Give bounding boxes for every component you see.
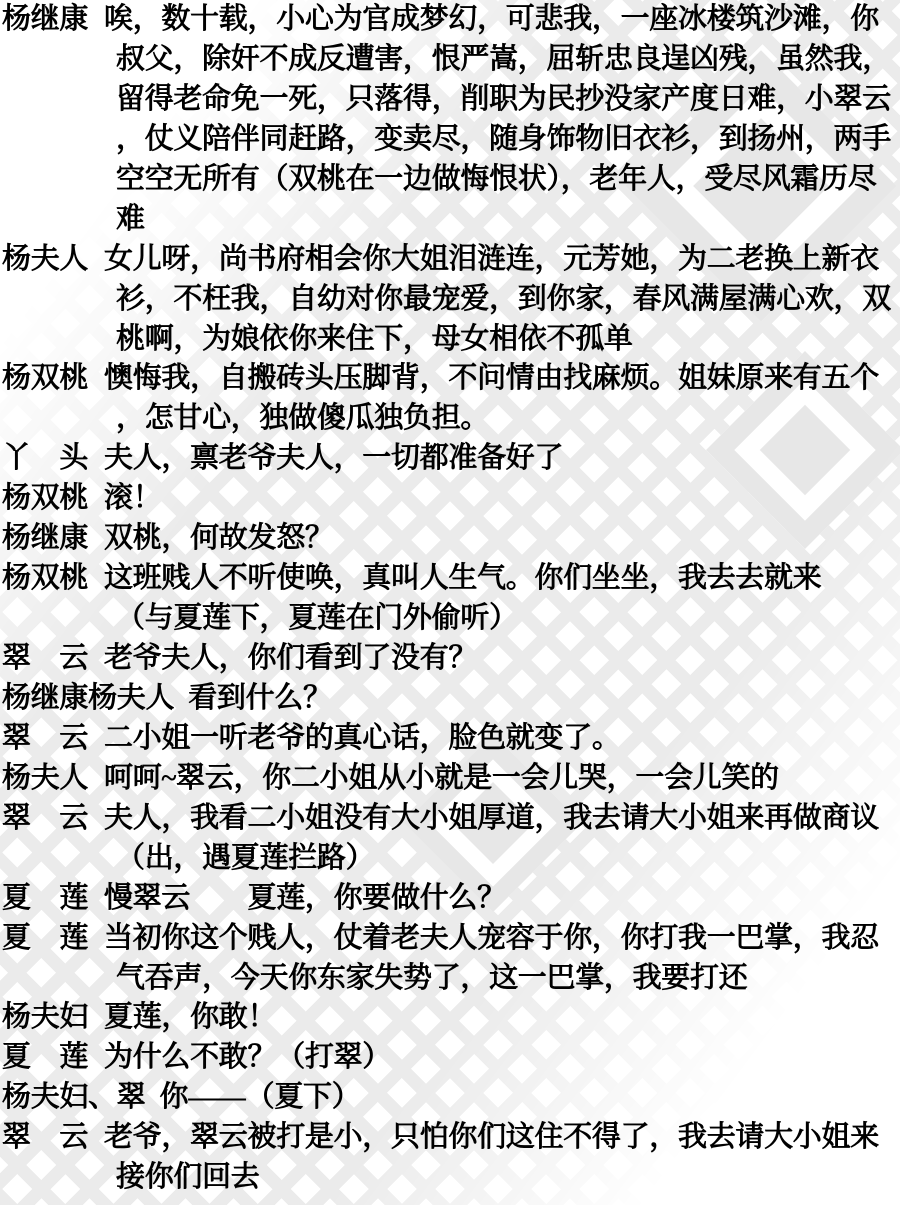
dialogue-line: ，仗义陪伴同赶路，变卖尽，随身饰物旧衣衫，到扬州，两手 xyxy=(104,120,884,160)
speaker-name: 翠 云 xyxy=(2,639,90,679)
script-row: 杨夫妇、翠你——（夏下） xyxy=(2,1078,884,1118)
script-row: 翠 云老爷，翠云被打是小，只怕你们这住不得了，我去请大小姐来接你们回去 xyxy=(2,1118,884,1198)
script-row: 杨继康双桃，何故发怒？ xyxy=(2,519,884,559)
dialogue-lines: 老爷，翠云被打是小，只怕你们这住不得了，我去请大小姐来接你们回去 xyxy=(104,1118,884,1198)
dialogue-lines: 滚！ xyxy=(104,479,884,519)
dialogue-lines: 当初你这个贱人，仗着老夫人宠容于你，你打我一巴掌，我忍气吞声，今天你东家失势了，… xyxy=(104,919,884,999)
dialogue-lines: 夏莲，你敢！ xyxy=(104,998,884,1038)
dialogue-lines: 这班贱人不听使唤，真叫人生气。你们坐坐，我去去就来（与夏莲下，夏莲在门外偷听） xyxy=(104,559,884,639)
dialogue-line: 这班贱人不听使唤，真叫人生气。你们坐坐，我去去就来 xyxy=(104,559,884,599)
script-row: 翠 云老爷夫人，你们看到了没有？ xyxy=(2,639,884,679)
dialogue-lines: 懊悔我，自搬砖头压脚背，不问情由找麻烦。姐妹原来有五个，怎甘心，独做傻瓜独负担。 xyxy=(104,359,884,439)
dialogue-line: 二小姐一听老爷的真心话，脸色就变了。 xyxy=(104,719,884,759)
dialogue-lines: 为什么不敢？（打翠） xyxy=(104,1038,884,1078)
script-row: 夏 莲当初你这个贱人，仗着老夫人宠容于你，你打我一巴掌，我忍气吞声，今天你东家失… xyxy=(2,919,884,999)
dialogue-line: 桃啊，为娘依你来住下，母女相依不孤单 xyxy=(104,320,884,360)
dialogue-lines: 呵呵~翠云，你二小姐从小就是一会儿哭，一会儿笑的 xyxy=(104,759,884,799)
speaker-name: 杨继康杨夫人 xyxy=(2,679,174,719)
dialogue-line: （出，遇夏莲拦路） xyxy=(104,839,884,879)
dialogue-line: 夫人，我看二小姐没有大小姐厚道，我去请大小姐来再做商议 xyxy=(104,799,884,839)
script-row: 夏 莲为什么不敢？（打翠） xyxy=(2,1038,884,1078)
script-row: 翠 云夫人，我看二小姐没有大小姐厚道，我去请大小姐来再做商议（出，遇夏莲拦路） xyxy=(2,799,884,879)
dialogue-line: 气吞声，今天你东家失势了，这一巴掌，我要打还 xyxy=(104,959,884,999)
dialogue-lines: 老爷夫人，你们看到了没有？ xyxy=(104,639,884,679)
dialogue-line: 夏莲，你敢！ xyxy=(104,998,884,1038)
dialogue-line: 接你们回去 xyxy=(104,1158,884,1198)
dialogue-line: 你——（夏下） xyxy=(160,1078,884,1118)
script-row: 杨双桃这班贱人不听使唤，真叫人生气。你们坐坐，我去去就来（与夏莲下，夏莲在门外偷… xyxy=(2,559,884,639)
dialogue-lines: 唉，数十载，小心为官成梦幻，可悲我，一座冰楼筑沙滩，你叔父，除奸不成反遭害，恨严… xyxy=(104,0,884,240)
speaker-name: 杨双桃 xyxy=(2,559,90,599)
dialogue-line: 唉，数十载，小心为官成梦幻，可悲我，一座冰楼筑沙滩，你 xyxy=(104,0,884,40)
speaker-name: 夏 莲 xyxy=(2,879,90,919)
dialogue-line: 滚！ xyxy=(104,479,884,519)
dialogue-lines: 双桃，何故发怒？ xyxy=(104,519,884,559)
dialogue-line: 叔父，除奸不成反遭害，恨严嵩，屈斩忠良逞凶残，虽然我， xyxy=(104,40,884,80)
script-row: 杨双桃滚！ xyxy=(2,479,884,519)
dialogue-lines: 夫人，我看二小姐没有大小姐厚道，我去请大小姐来再做商议（出，遇夏莲拦路） xyxy=(104,799,884,879)
speaker-name: 翠 云 xyxy=(2,1118,90,1158)
dialogue-line: 衫，不枉我，自幼对你最宠爱，到你家，春风满屋满心欢，双 xyxy=(104,280,884,320)
script-row: 杨双桃懊悔我，自搬砖头压脚背，不问情由找麻烦。姐妹原来有五个，怎甘心，独做傻瓜独… xyxy=(2,359,884,439)
speaker-name: 丫 头 xyxy=(2,439,90,479)
dialogue-lines: 女儿呀，尚书府相会你大姐泪涟连，元芳她，为二老换上新衣衫，不枉我，自幼对你最宠爱… xyxy=(104,240,884,360)
dialogue-line: 当初你这个贱人，仗着老夫人宠容于你，你打我一巴掌，我忍 xyxy=(104,919,884,959)
dialogue-line: 留得老命免一死，只落得，削职为民抄没家产度日难，小翠云 xyxy=(104,80,884,120)
dialogue-line: 看到什么？ xyxy=(188,679,884,719)
dialogue-lines: 二小姐一听老爷的真心话，脸色就变了。 xyxy=(104,719,884,759)
script-row: 杨夫人呵呵~翠云，你二小姐从小就是一会儿哭，一会儿笑的 xyxy=(2,759,884,799)
dialogue-line: （与夏莲下，夏莲在门外偷听） xyxy=(104,599,884,639)
speaker-name: 杨夫人 xyxy=(2,759,90,799)
script-page: 杨继康唉，数十载，小心为官成梦幻，可悲我，一座冰楼筑沙滩，你叔父，除奸不成反遭害… xyxy=(0,0,900,1205)
speaker-name: 杨双桃 xyxy=(2,479,90,519)
script-row: 丫 头夫人，禀老爷夫人，一切都准备好了 xyxy=(2,439,884,479)
speaker-name: 杨继康 xyxy=(2,519,90,559)
script-row: 杨继康杨夫人看到什么？ xyxy=(2,679,884,719)
dialogue-line: 老爷夫人，你们看到了没有？ xyxy=(104,639,884,679)
speaker-name: 杨夫妇 xyxy=(2,998,90,1038)
dialogue-line: 女儿呀，尚书府相会你大姐泪涟连，元芳她，为二老换上新衣 xyxy=(104,240,884,280)
speaker-name: 翠 云 xyxy=(2,719,90,759)
dialogue-list: 杨继康唉，数十载，小心为官成梦幻，可悲我，一座冰楼筑沙滩，你叔父，除奸不成反遭害… xyxy=(0,0,900,1198)
dialogue-lines: 夫人，禀老爷夫人，一切都准备好了 xyxy=(104,439,884,479)
dialogue-lines: 慢翠云 夏莲，你要做什么？ xyxy=(104,879,884,919)
script-row: 翠 云二小姐一听老爷的真心话，脸色就变了。 xyxy=(2,719,884,759)
dialogue-line: 双桃，何故发怒？ xyxy=(104,519,884,559)
dialogue-line: 慢翠云 夏莲，你要做什么？ xyxy=(104,879,884,919)
speaker-name: 杨夫妇、翠 xyxy=(2,1078,146,1118)
dialogue-line: 呵呵~翠云，你二小姐从小就是一会儿哭，一会儿笑的 xyxy=(104,759,884,799)
speaker-name: 杨双桃 xyxy=(2,359,90,399)
script-row: 夏 莲慢翠云 夏莲，你要做什么？ xyxy=(2,879,884,919)
dialogue-line: ，怎甘心，独做傻瓜独负担。 xyxy=(104,399,884,439)
script-row: 杨夫人女儿呀，尚书府相会你大姐泪涟连，元芳她，为二老换上新衣衫，不枉我，自幼对你… xyxy=(2,240,884,360)
speaker-name: 翠 云 xyxy=(2,799,90,839)
dialogue-line: 难 xyxy=(104,200,884,240)
speaker-name: 杨夫人 xyxy=(2,240,90,280)
script-row: 杨继康唉，数十载，小心为官成梦幻，可悲我，一座冰楼筑沙滩，你叔父，除奸不成反遭害… xyxy=(2,0,884,240)
speaker-name: 夏 莲 xyxy=(2,1038,90,1078)
speaker-name: 杨继康 xyxy=(2,0,90,40)
dialogue-lines: 看到什么？ xyxy=(188,679,884,719)
script-row: 杨夫妇夏莲，你敢！ xyxy=(2,998,884,1038)
dialogue-lines: 你——（夏下） xyxy=(160,1078,884,1118)
dialogue-line: 老爷，翠云被打是小，只怕你们这住不得了，我去请大小姐来 xyxy=(104,1118,884,1158)
dialogue-line: 懊悔我，自搬砖头压脚背，不问情由找麻烦。姐妹原来有五个 xyxy=(104,359,884,399)
dialogue-line: 为什么不敢？（打翠） xyxy=(104,1038,884,1078)
speaker-name: 夏 莲 xyxy=(2,919,90,959)
dialogue-line: 夫人，禀老爷夫人，一切都准备好了 xyxy=(104,439,884,479)
dialogue-line: 空空无所有（双桃在一边做悔恨状），老年人，受尽风霜历尽 xyxy=(104,160,884,200)
